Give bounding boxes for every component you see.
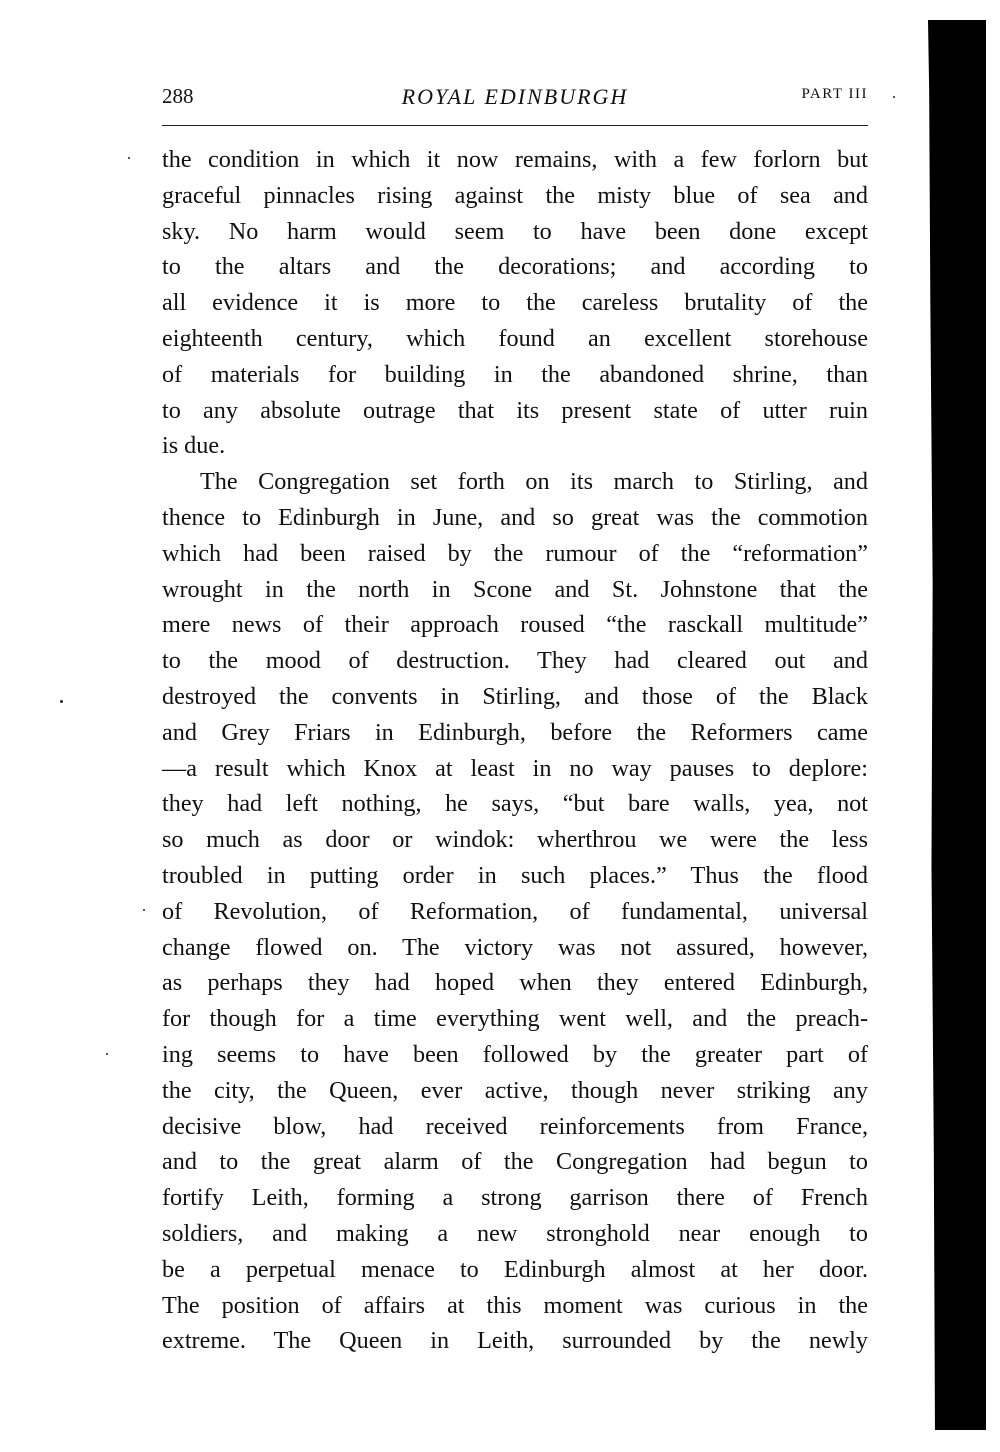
text-line: graceful pinnacles rising against the mi… <box>162 178 868 214</box>
margin-speck <box>893 96 895 98</box>
body-text: the condition in which it now remains, w… <box>162 142 868 1359</box>
text-line: of materials for building in the abandon… <box>162 357 868 393</box>
text-line: troubled in putting order in such places… <box>162 858 868 894</box>
margin-speck <box>106 1053 108 1055</box>
text-line: and Grey Friars in Edinburgh, before the… <box>162 715 868 751</box>
part-label: PART III <box>801 86 868 103</box>
text-line: which had been raised by the rumour of t… <box>162 536 868 572</box>
text-line: The position of affairs at this moment w… <box>162 1288 868 1324</box>
text-line: —a result which Knox at least in no way … <box>162 751 868 787</box>
text-line: destroyed the convents in Stirling, and … <box>162 679 868 715</box>
scan-edge-shadow <box>928 20 986 1430</box>
text-line: so much as door or windok: wherthrou we … <box>162 822 868 858</box>
text-line: is due. <box>162 428 868 464</box>
text-line: soldiers, and making a new stronghold ne… <box>162 1216 868 1252</box>
text-line: extreme. The Queen in Leith, surrounded … <box>162 1323 868 1359</box>
text-line: of Revolution, of Reformation, of fundam… <box>162 894 868 930</box>
text-line: eighteenth century, which found an excel… <box>162 321 868 357</box>
text-line: ing seems to have been followed by the g… <box>162 1037 868 1073</box>
margin-speck <box>60 700 63 703</box>
text-line: thence to Edinburgh in June, and so grea… <box>162 500 868 536</box>
text-line: the city, the Queen, ever active, though… <box>162 1073 868 1109</box>
running-header: 288 ROYAL EDINBURGH PART III <box>162 84 868 118</box>
text-line: as perhaps they had hoped when they ente… <box>162 965 868 1001</box>
text-line: to any absolute outrage that its present… <box>162 393 868 429</box>
text-line: mere news of their approach roused “the … <box>162 607 868 643</box>
text-line: and to the great alarm of the Congregati… <box>162 1144 868 1180</box>
text-line: to the mood of destruction. They had cle… <box>162 643 868 679</box>
header-rule <box>162 125 868 126</box>
text-line: The Congregation set forth on its march … <box>162 464 868 500</box>
text-line: wrought in the north in Scone and St. Jo… <box>162 572 868 608</box>
text-line: the condition in which it now remains, w… <box>162 142 868 178</box>
running-title: ROYAL EDINBURGH <box>162 84 868 110</box>
text-line: change flowed on. The victory was not as… <box>162 930 868 966</box>
text-line: fortify Leith, forming a strong garrison… <box>162 1180 868 1216</box>
text-line: sky. No harm would seem to have been don… <box>162 214 868 250</box>
margin-speck <box>128 157 130 159</box>
text-line: be a perpetual menace to Edinburgh almos… <box>162 1252 868 1288</box>
text-line: they had left nothing, he says, “but bar… <box>162 786 868 822</box>
text-line: decisive blow, had received reinforcemen… <box>162 1109 868 1145</box>
text-line: for though for a time everything went we… <box>162 1001 868 1037</box>
text-line: all evidence it is more to the careless … <box>162 285 868 321</box>
text-line: to the altars and the decorations; and a… <box>162 249 868 285</box>
margin-speck <box>143 909 145 911</box>
